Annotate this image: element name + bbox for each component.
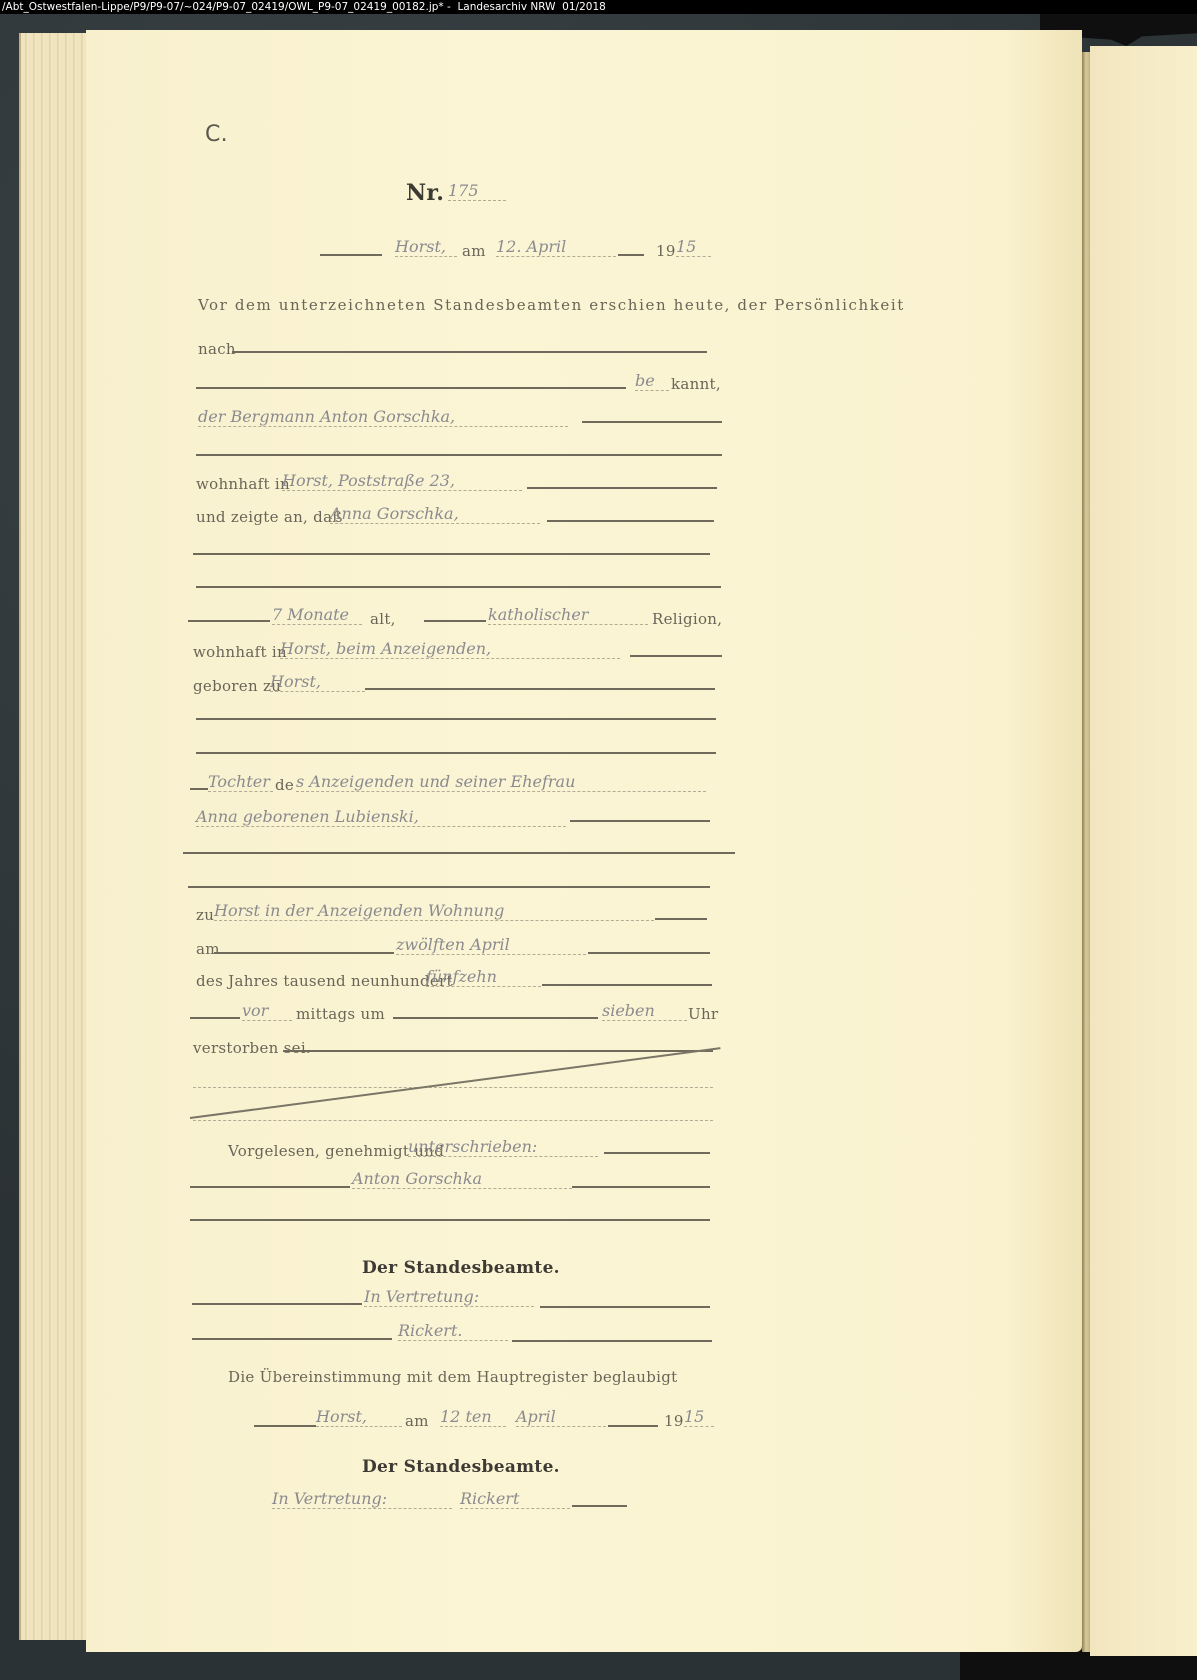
religion-label: Religion,: [652, 610, 722, 628]
registrar-signature: Rickert.: [398, 1322, 508, 1341]
cert-place: Horst,: [316, 1408, 402, 1427]
rule: [527, 487, 717, 489]
rule: [190, 1219, 710, 1221]
certification-text: Die Übereinstimmung mit dem Hauptregiste…: [228, 1368, 677, 1386]
rule: [570, 820, 710, 822]
cert-day: 12 ten: [440, 1408, 506, 1427]
parent-line-2: Anna geborenen Lubienski,: [196, 808, 566, 827]
cert-registrar-heading: Der Standesbeamte.: [362, 1457, 560, 1477]
rule: [232, 351, 707, 353]
rule: [190, 1186, 350, 1188]
religion-value: katholischer: [488, 606, 648, 625]
cert-month: April: [516, 1408, 606, 1427]
rule: [192, 1338, 392, 1340]
rule: [192, 1303, 362, 1305]
cert-deputy: In Vertretung:: [272, 1490, 452, 1509]
deceased-residence: Horst, beim Anzeigenden,: [280, 640, 620, 659]
rule: [655, 918, 707, 920]
rule: [582, 421, 722, 423]
rule: [547, 520, 714, 522]
deceased-name: Anna Gorschka,: [330, 505, 540, 524]
rule: [214, 952, 394, 954]
bekannt-prefix: be: [635, 372, 669, 391]
registrar-heading: Der Standesbeamte.: [362, 1258, 560, 1278]
died-label: verstorben sei.: [193, 1039, 311, 1057]
intro-text: Vor dem unterzeichneten Standesbeamten e…: [198, 296, 905, 314]
age-value: 7 Monate: [272, 606, 362, 625]
deceased-residence-label: wohnhaft in: [193, 643, 287, 661]
rule: [320, 254, 382, 256]
rule: [183, 852, 735, 854]
header-place: Horst,: [395, 238, 457, 257]
header-am-label: am: [462, 242, 486, 260]
rule: [540, 1306, 710, 1308]
header-date: 12. April: [496, 238, 616, 257]
parent-relation: Tochter: [208, 773, 273, 792]
header-year-prefix: 19: [656, 242, 676, 260]
header-year: 15: [676, 238, 711, 257]
nach-label: nach: [198, 340, 236, 358]
section-letter: C.: [205, 122, 228, 147]
residence-label: wohnhaft in: [196, 475, 290, 493]
rule: [618, 254, 644, 256]
time-hour: sieben: [602, 1002, 687, 1021]
dotted-rule: [193, 1087, 713, 1088]
registrar-deputy: In Vertretung:: [364, 1288, 534, 1307]
rule: [254, 1425, 316, 1427]
entry-number: 175: [448, 182, 506, 201]
rule: [424, 620, 486, 622]
rule: [512, 1340, 712, 1342]
death-place: Horst in der Anzeigenden Wohnung: [214, 902, 654, 921]
rule: [588, 952, 710, 954]
born-label: geboren zu: [193, 677, 281, 695]
dotted-rule: [193, 1120, 713, 1121]
rule: [188, 886, 710, 888]
rule: [604, 1152, 710, 1154]
rule: [190, 788, 208, 790]
time-ampm: vor: [242, 1002, 292, 1021]
announce-label: und zeigte an, daß: [196, 508, 343, 526]
born-place: Horst,: [270, 673, 365, 692]
time-label: mittags um: [296, 1005, 385, 1023]
parent-line-1: s Anzeigenden und seiner Ehefrau: [296, 773, 706, 792]
rule: [365, 688, 715, 690]
bekannt-label: kannt,: [671, 375, 721, 393]
rule: [572, 1505, 627, 1507]
rule: [542, 984, 712, 986]
death-place-label: zu: [196, 906, 214, 924]
rule: [283, 1050, 713, 1052]
number-label: Nr.: [406, 180, 444, 206]
rule: [196, 454, 722, 456]
rule: [196, 586, 721, 588]
cert-am-label: am: [405, 1412, 429, 1430]
rule: [572, 1186, 710, 1188]
rule: [196, 752, 716, 754]
cert-year: 15: [684, 1408, 714, 1427]
informant-name: der Bergmann Anton Gorschka,: [198, 408, 568, 427]
death-year: fünfzehn: [426, 968, 541, 987]
read-value: unterschrieben:: [408, 1138, 598, 1157]
death-register-form: C. Nr. 175 Horst, am 12. April 19 15 Vor…: [0, 0, 1197, 1680]
strikeout-line: [190, 1047, 721, 1119]
death-day: zwölften April: [396, 936, 586, 955]
rule: [393, 1017, 598, 1019]
age-label: alt,: [370, 610, 396, 628]
rule: [608, 1425, 658, 1427]
informant-residence: Horst, Poststraße 23,: [282, 472, 522, 491]
parent-de-label: de: [275, 776, 294, 794]
rule: [196, 718, 716, 720]
informant-signature: Anton Gorschka: [352, 1170, 572, 1189]
rule: [193, 553, 710, 555]
rule: [188, 620, 270, 622]
rule: [630, 655, 722, 657]
uhr-label: Uhr: [688, 1005, 718, 1023]
cert-year-prefix: 19: [664, 1412, 684, 1430]
year-label: des Jahres tausend neunhundert: [196, 972, 453, 990]
rule: [196, 387, 626, 389]
rule: [190, 1017, 240, 1019]
death-day-label: am: [196, 940, 220, 958]
cert-signature: Rickert: [460, 1490, 570, 1509]
